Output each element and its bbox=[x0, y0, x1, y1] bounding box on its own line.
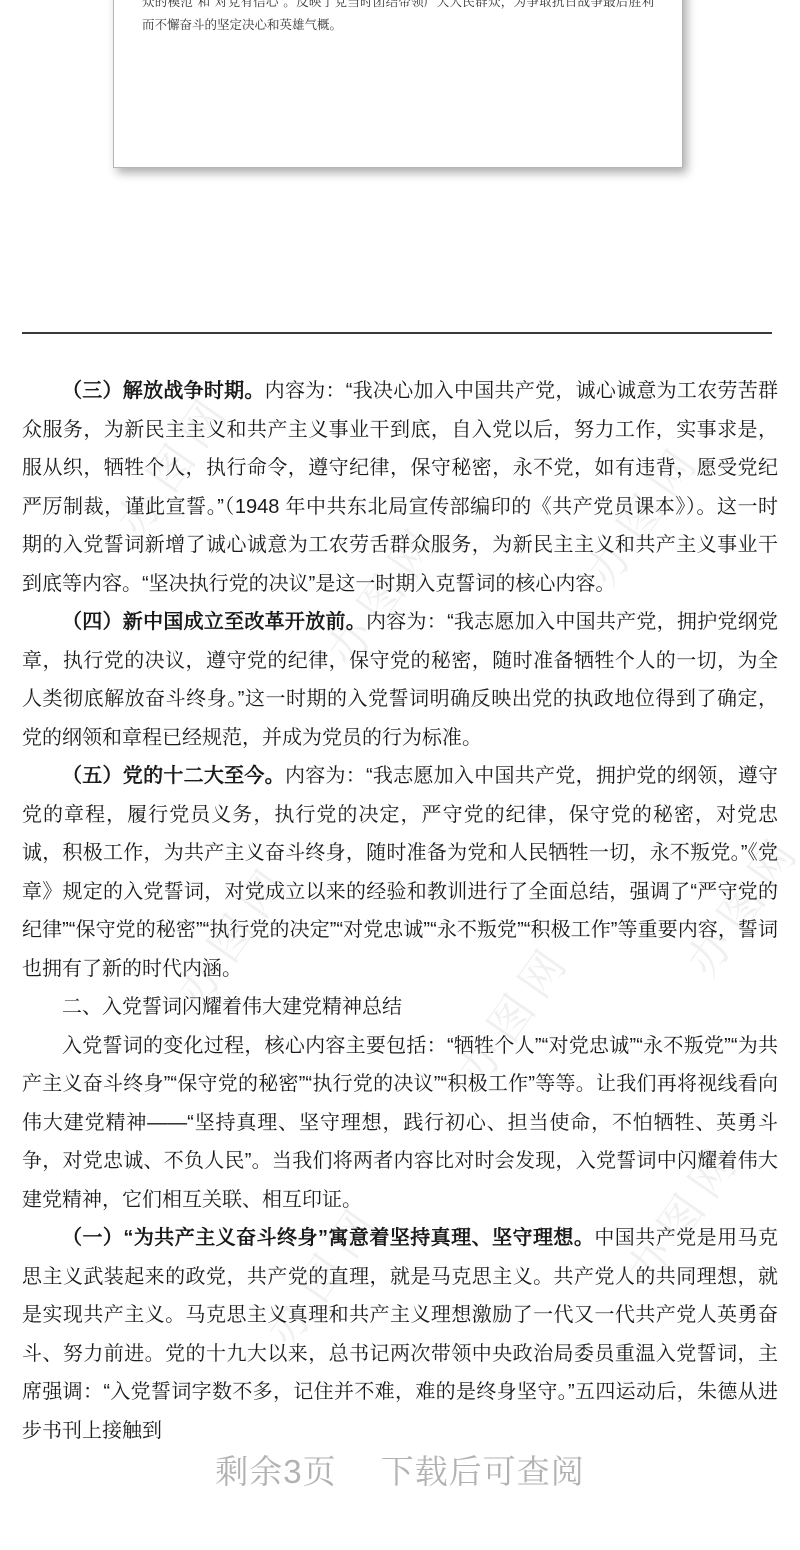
paragraph-section-one-body: 中国共产党是用马克思主义武装起来的政党，共产党的直理，就是马克思主义。共产党人的… bbox=[22, 1227, 778, 1442]
paragraph-section-3-body: 内容为：“我决心加入中国共产党，诚心诚意为工农劳苦群众服务，为新民主主义和共产主… bbox=[22, 380, 778, 595]
section-heading-2: 二、入党誓词闪耀着伟大建党精神总结 bbox=[22, 988, 778, 1027]
paragraph-section-5-body: 内容为：“我志愿加入中国共产党，拥护党的纲领，遵守党的章程，履行党员义务，执行党… bbox=[22, 765, 778, 980]
document-body: （三）解放战争时期。内容为：“我决心加入中国共产党，诚心诚意为工农劳苦群众服务，… bbox=[22, 372, 778, 1450]
paragraph-section-4-lead: （四）新中国成立至改革开放前。 bbox=[62, 611, 366, 633]
paragraph-section-4: （四）新中国成立至改革开放前。内容为：“我志愿加入中国共产党，拥护党纲党章，执行… bbox=[22, 603, 778, 757]
paragraph-section-one: （一）“为共产主义奋斗终身”寓意着坚持真理、坚守理想。中国共产党是用马克思主义武… bbox=[22, 1219, 778, 1450]
page-divider bbox=[22, 332, 772, 334]
document-preview-page: { "watermark": { "text": "办图网" }, "previ… bbox=[0, 0, 800, 1550]
paragraph-section-5: （五）党的十二大至今。内容为：“我志愿加入中国共产党，拥护党的纲领，遵守党的章程… bbox=[22, 757, 778, 988]
paragraph-section-5-lead: （五）党的十二大至今。 bbox=[62, 765, 285, 787]
paragraph-section-3: （三）解放战争时期。内容为：“我决心加入中国共产党，诚心诚意为工农劳苦群众服务，… bbox=[22, 372, 778, 603]
previous-page-text: 众的模范”和“对党有信心”。反映了党当时团结带领广大人民群众，为争取抗日战争最后… bbox=[114, 0, 682, 37]
paragraph-section-3-lead: （三）解放战争时期。 bbox=[62, 380, 265, 402]
paragraph-summary: 入党誓词的变化过程，核心内容主要包括：“牺牲个人”“对党忠诚”“永不叛党”“为共… bbox=[22, 1027, 778, 1220]
remaining-pages-notice: 剩余3页 下载后可查阅 bbox=[0, 1446, 800, 1493]
paragraph-section-one-lead: （一）“为共产主义奋斗终身”寓意着坚持真理、坚守理想。 bbox=[62, 1227, 594, 1249]
previous-page-card: 众的模范”和“对党有信心”。反映了党当时团结带领广大人民群众，为争取抗日战争最后… bbox=[113, 0, 683, 168]
